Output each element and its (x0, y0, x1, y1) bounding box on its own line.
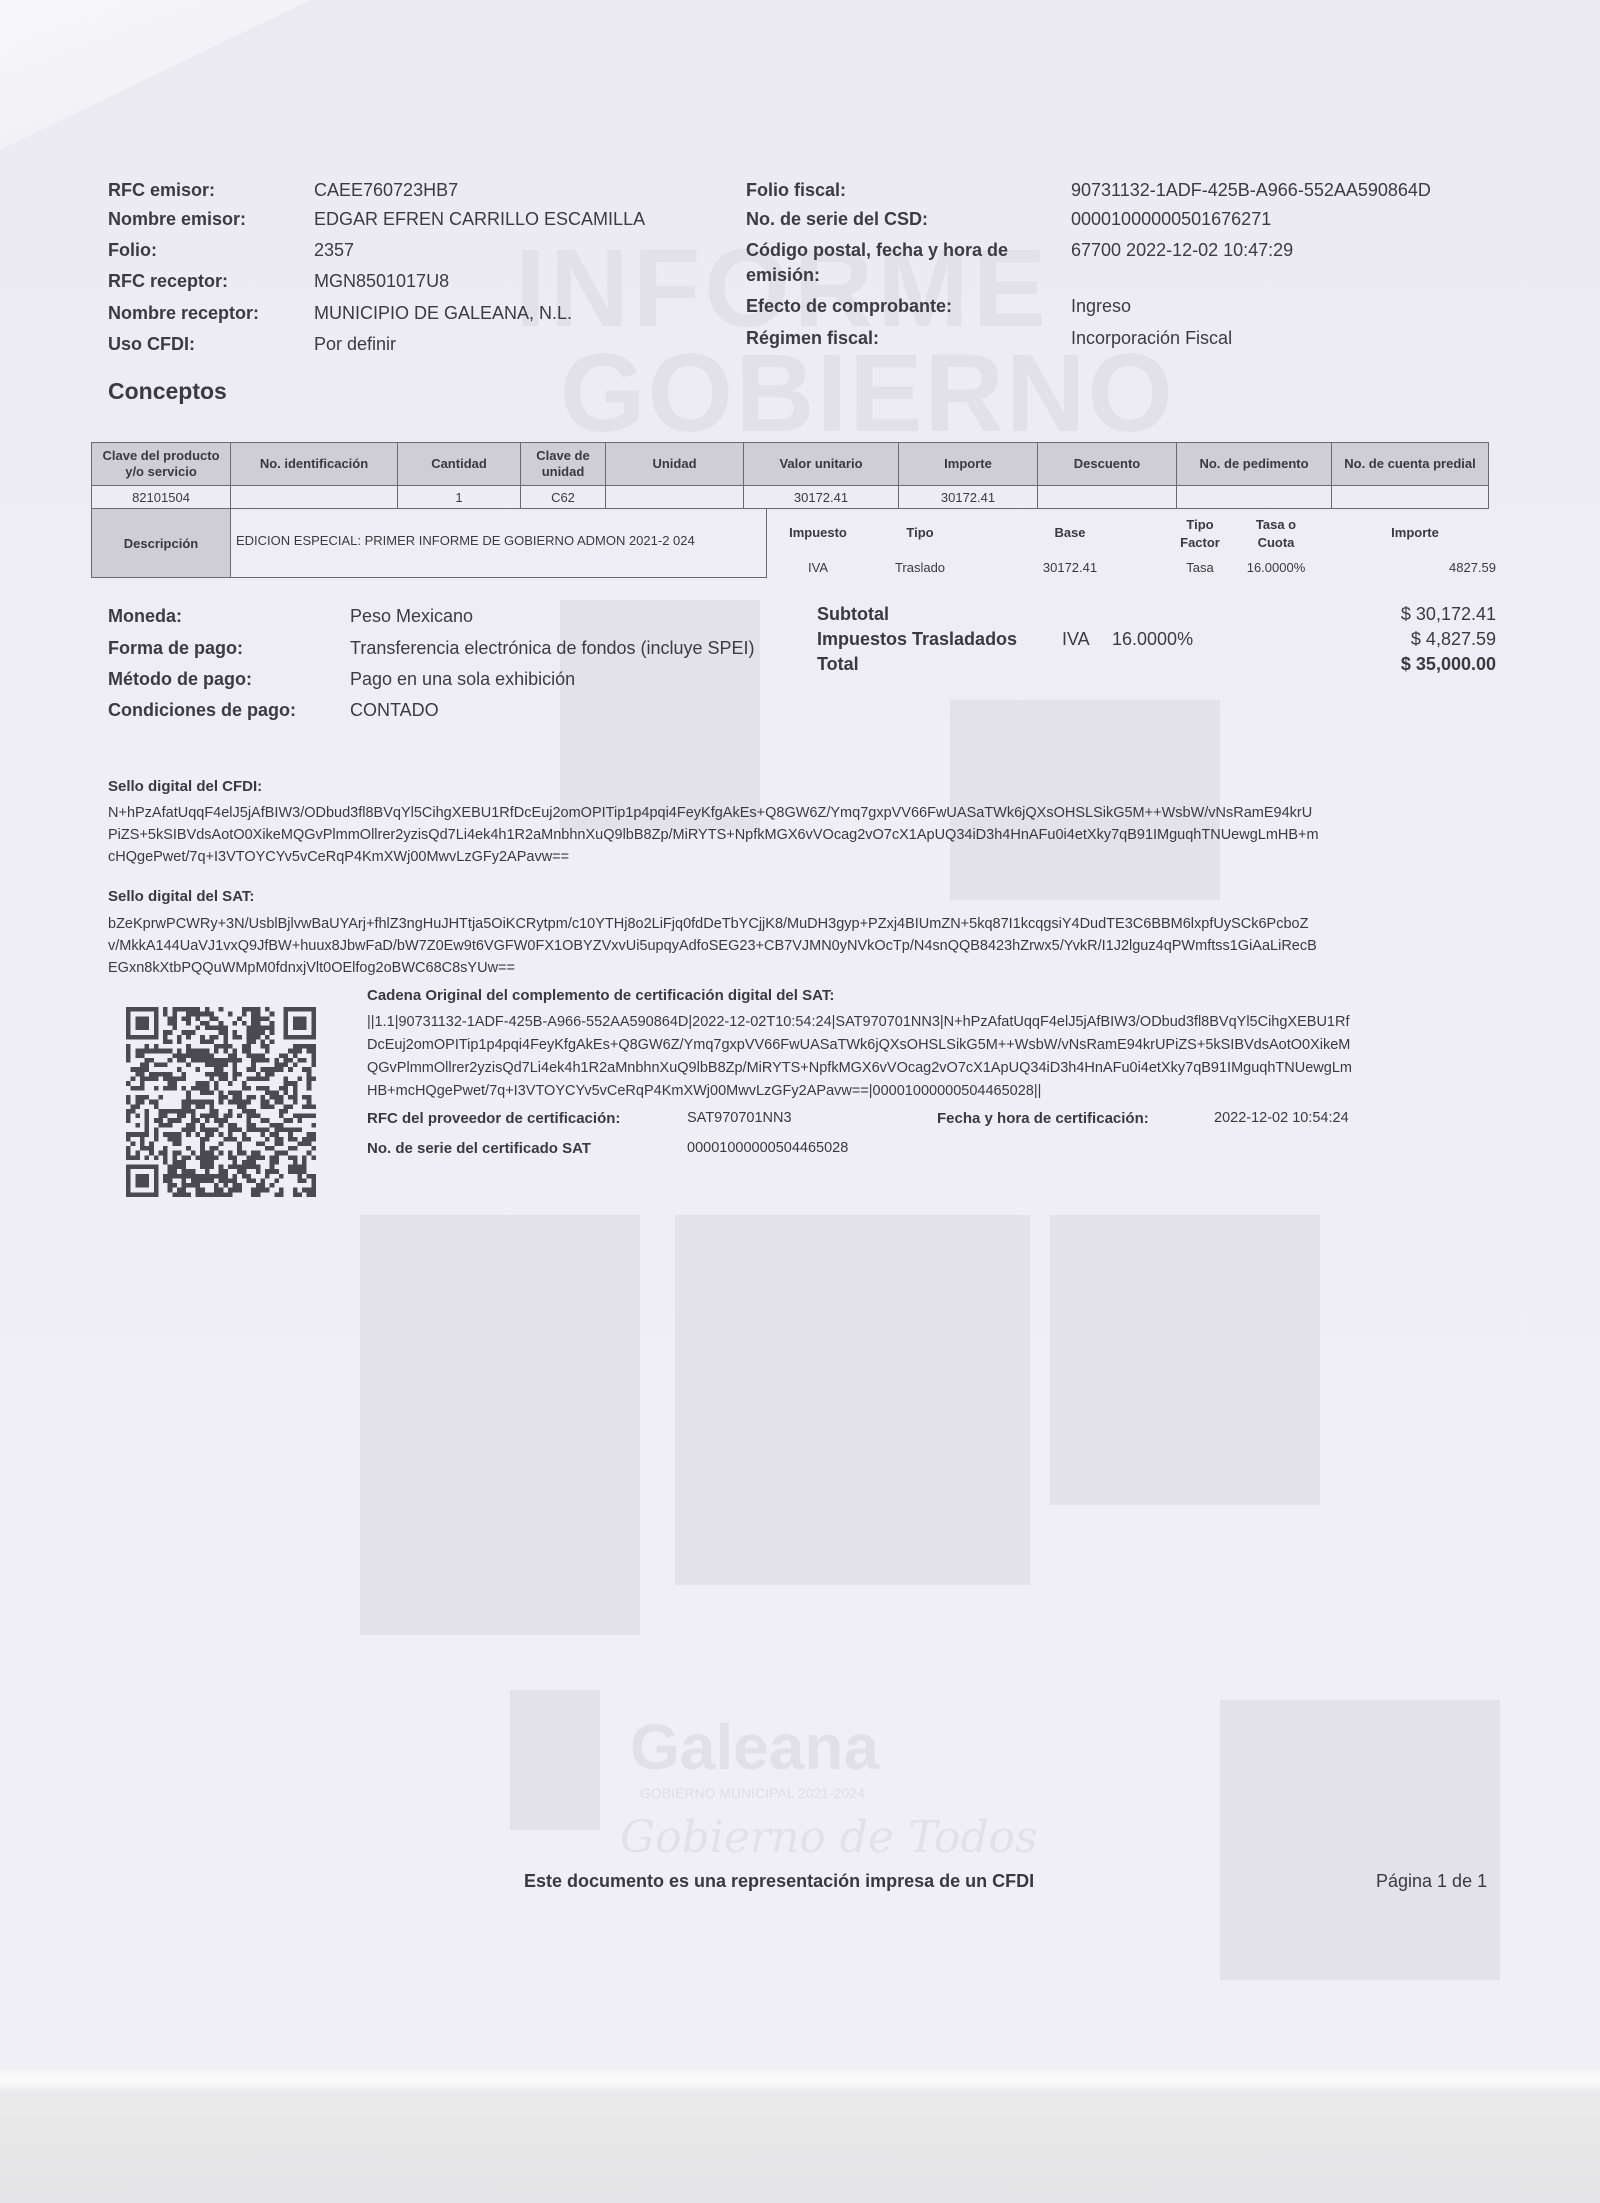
nombre-receptor-value: MUNICIPIO DE GALEANA, N.L. (314, 303, 572, 324)
footer-note: Este documento es una representación imp… (524, 1871, 1034, 1892)
tax-col-tipo-factor: Tipo Factor (1170, 516, 1230, 552)
regimen-label: Régimen fiscal: (746, 328, 879, 349)
cell-clave-unidad: C62 (521, 486, 606, 509)
impuestos-tipo: IVA (1062, 629, 1090, 650)
col-importe: Importe (899, 443, 1038, 486)
tax-col-importe: Importe (1370, 525, 1460, 540)
impuestos-value: $ 4,827.59 (1296, 629, 1496, 650)
fecha-certificacion-label: Fecha y hora de certificación: (937, 1110, 1149, 1127)
moneda-label: Moneda: (108, 606, 182, 627)
emision-label-cont: emisión: (746, 265, 820, 286)
nombre-emisor-label: Nombre emisor: (108, 209, 246, 230)
tax-col-tipo: Tipo (880, 525, 960, 540)
cell-cantidad: 1 (398, 486, 521, 509)
col-valor-unitario: Valor unitario (744, 443, 899, 486)
forma-pago-value: Transferencia electrónica de fondos (inc… (350, 638, 755, 659)
sello-sat-label: Sello digital del SAT: (108, 888, 254, 905)
nombre-emisor-value: EDGAR EFREN CARRILLO ESCAMILLA (314, 209, 645, 230)
page-number: Página 1 de 1 (1376, 1871, 1487, 1892)
col-clave-producto: Clave del producto y/o servicio (92, 443, 231, 486)
efecto-label: Efecto de comprobante: (746, 296, 952, 317)
folio-label: Folio: (108, 240, 157, 261)
moneda-value: Peso Mexicano (350, 606, 473, 627)
col-cantidad: Cantidad (398, 443, 521, 486)
col-pedimento: No. de pedimento (1177, 443, 1332, 486)
cell-cuenta-predial (1332, 486, 1489, 509)
condiciones-value: CONTADO (350, 700, 439, 721)
cadena-line: DcEuj2omOPITip1p4pqi4FeyKfgAkEs+Q8GW6Z/Y… (367, 1035, 1350, 1056)
cell-importe: 30172.41 (899, 486, 1038, 509)
cell-no-identificacion (231, 486, 398, 509)
col-descuento: Descuento (1038, 443, 1177, 486)
tax-col-impuesto: Impuesto (782, 525, 854, 540)
uso-cfdi-value: Por definir (314, 334, 396, 355)
tax-tipo: Traslado (880, 560, 960, 575)
cell-descuento (1038, 486, 1177, 509)
fecha-certificacion-value: 2022-12-02 10:54:24 (1214, 1108, 1349, 1129)
descripcion-label: Descripción (92, 509, 231, 577)
qr-code-icon (126, 1006, 316, 1198)
sello-cfdi-line: cHQgePwet/7q+I3VTOYCYv5vCeRqP4KmXWj00Mwv… (108, 847, 569, 868)
tax-impuesto: IVA (782, 560, 854, 575)
cadena-line: ||1.1|90731132-1ADF-425B-A966-552AA59086… (367, 1012, 1349, 1033)
paper-edge (0, 2070, 1600, 2094)
col-clave-unidad: Clave de unidad (521, 443, 606, 486)
total-value: $ 35,000.00 (1296, 654, 1496, 675)
scanned-page: INFORME GOBIERNO Galeana GOBIERNO MUNICI… (0, 0, 1600, 2088)
nombre-receptor-label: Nombre receptor: (108, 303, 259, 324)
total-label: Total (817, 654, 859, 675)
subtotal-label: Subtotal (817, 604, 889, 625)
metodo-pago-label: Método de pago: (108, 669, 252, 690)
tax-importe: 4827.59 (1370, 560, 1496, 575)
sello-sat-line: bZeKprwPCWRy+3N/UsblBjlvwBaUYArj+fhlZ3ng… (108, 914, 1308, 935)
folio-fiscal-value: 90731132-1ADF-425B-A966-552AA590864D (1071, 180, 1431, 201)
cadena-label: Cadena Original del complemento de certi… (367, 987, 834, 1004)
condiciones-label: Condiciones de pago: (108, 700, 296, 721)
emision-label: Código postal, fecha y hora de (746, 240, 1008, 261)
cell-unidad (606, 486, 744, 509)
metodo-pago-value: Pago en una sola exhibición (350, 669, 575, 690)
cell-clave-producto: 82101504 (92, 486, 231, 509)
regimen-value: Incorporación Fiscal (1071, 328, 1232, 349)
cadena-line: QGvPlmmOllrer2yzisQd7Li4ek4h1R2aMnbhnXuQ… (367, 1058, 1352, 1079)
folio-fiscal-label: Folio fiscal: (746, 180, 846, 201)
impuestos-label: Impuestos Trasladados (817, 629, 1017, 650)
rfc-proveedor-label: RFC del proveedor de certificación: (367, 1110, 620, 1127)
invoice-content: RFC emisor: CAEE760723HB7 Nombre emisor:… (0, 0, 1600, 2088)
col-no-identificacion: No. identificación (231, 443, 398, 486)
impuestos-tasa: 16.0000% (1112, 629, 1193, 650)
conceptos-header-row: Clave del producto y/o servicio No. iden… (92, 443, 1489, 486)
serie-csd-label: No. de serie del CSD: (746, 209, 928, 230)
serie-csd-value: 00001000000501676271 (1071, 209, 1271, 230)
rfc-receptor-value: MGN8501017U8 (314, 271, 449, 292)
tax-col-tasa: Tasa o Cuota (1236, 516, 1316, 552)
tax-col-base: Base (1030, 525, 1110, 540)
uso-cfdi-label: Uso CFDI: (108, 334, 195, 355)
sello-cfdi-line: N+hPzAfatUqqF4elJ5jAfBIW3/ODbud3fl8BVqYl… (108, 803, 1312, 824)
cell-pedimento (1177, 486, 1332, 509)
cell-valor-unitario: 30172.41 (744, 486, 899, 509)
sello-sat-line: v/MkkA144UaVJ1vxQ9JfBW+huux8JbwFaD/bW7Z0… (108, 936, 1317, 957)
folio-value: 2357 (314, 240, 354, 261)
rfc-receptor-label: RFC receptor: (108, 271, 228, 292)
conceptos-table: Clave del producto y/o servicio No. iden… (91, 442, 1489, 509)
rfc-emisor-value: CAEE760723HB7 (314, 180, 458, 201)
scanner-background (0, 2094, 1600, 2203)
tax-tipo-factor: Tasa (1170, 560, 1230, 575)
descripcion-box: Descripción EDICION ESPECIAL: PRIMER INF… (91, 509, 767, 578)
col-unidad: Unidad (606, 443, 744, 486)
cadena-line: HB+mcHQgePwet/7q+I3VTOYCYv5vCeRqP4KmXWj0… (367, 1081, 1041, 1102)
descripcion-text: EDICION ESPECIAL: PRIMER INFORME DE GOBI… (236, 533, 695, 548)
forma-pago-label: Forma de pago: (108, 638, 243, 659)
rfc-proveedor-value: SAT970701NN3 (687, 1108, 792, 1129)
table-row: 82101504 1 C62 30172.41 30172.41 (92, 486, 1489, 509)
sello-cfdi-line: PiZS+5kSIBVdsAotO0XikeMQGvPlmmOllrer2yzi… (108, 825, 1319, 846)
sello-cfdi-label: Sello digital del CFDI: (108, 778, 262, 795)
serie-certificado-value: 00001000000504465028 (687, 1138, 848, 1159)
efecto-value: Ingreso (1071, 296, 1131, 317)
col-cuenta-predial: No. de cuenta predial (1332, 443, 1489, 486)
emision-value: 67700 2022-12-02 10:47:29 (1071, 240, 1293, 261)
serie-certificado-label: No. de serie del certificado SAT (367, 1140, 591, 1157)
conceptos-title: Conceptos (108, 378, 227, 405)
tax-tasa: 16.0000% (1236, 560, 1316, 575)
tax-base: 30172.41 (1030, 560, 1110, 575)
subtotal-value: $ 30,172.41 (1296, 604, 1496, 625)
rfc-emisor-label: RFC emisor: (108, 180, 215, 201)
sello-sat-line: EGxn8kXtbPQQuWMpM0fdnxjVlt0OElfog2oBWC68… (108, 958, 515, 979)
